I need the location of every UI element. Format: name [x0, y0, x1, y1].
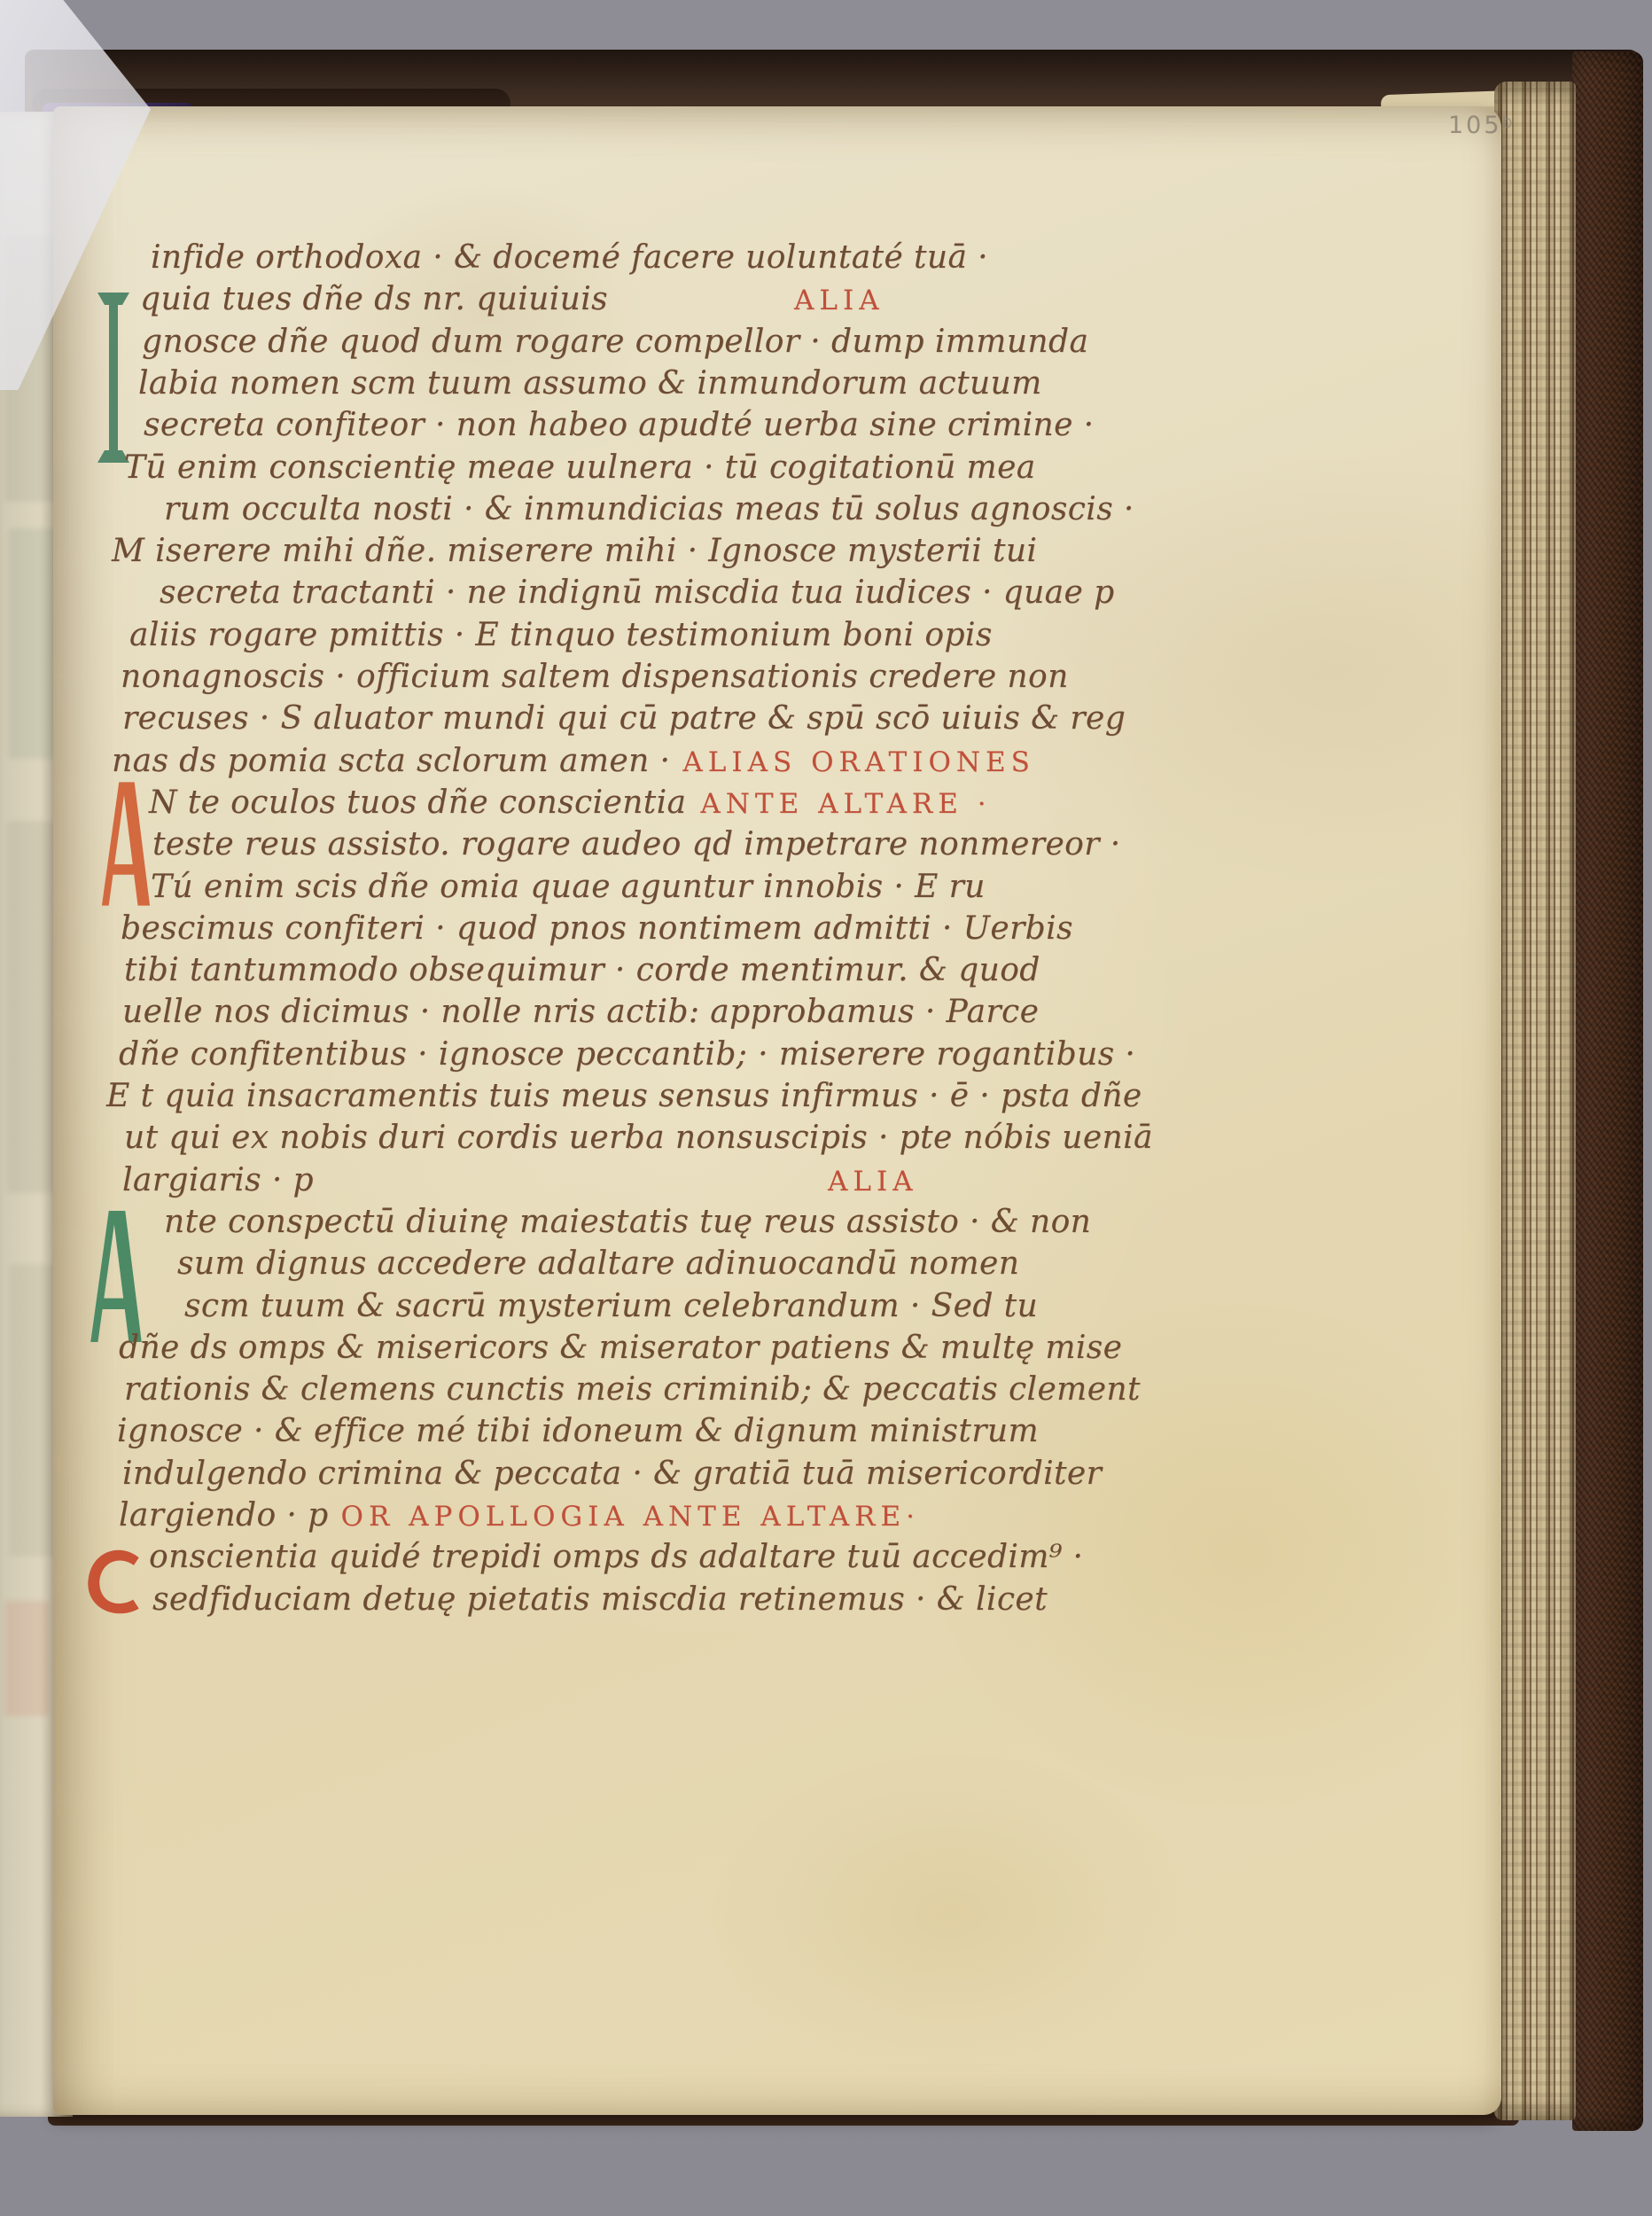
rubric-text: OR APOLLOGIA ANTE ALTARE· [341, 1501, 920, 1533]
body-text: nas ds pomia scta sclorum amen · [112, 743, 670, 779]
body-text: dñe confitentibus · ignosce peccantib; ·… [119, 1036, 1135, 1073]
body-text: sum dignus accedere adaltare adinuocandū… [177, 1245, 1019, 1282]
manuscript-photo: { "page": { "folio_number": "105", "foli… [0, 0, 1652, 2216]
body-text: ignosce · & effice mé tibi idoneum & dig… [117, 1413, 1039, 1449]
rubric-text: ALIAS ORATIONES [682, 746, 1034, 778]
body-text: infide orthodoxa · & docemé facere uolun… [151, 239, 988, 276]
body-text: gnosce dñe quod dum rogare compellor · d… [142, 324, 1088, 360]
rubric-text: ALIA [828, 1166, 918, 1198]
body-text: M iserere mihi dñe. miserere mihi · Igno… [112, 533, 1037, 569]
manuscript-line: scm tuum & sacrū mysterium celebrandum ·… [184, 1286, 1038, 1327]
body-text: rum occulta nosti · & inmundicias meas t… [164, 491, 1134, 527]
manuscript-line: labia nomen scm tuum assumo & inmundorum… [138, 363, 1042, 404]
body-text: sedfiduciam detuę pietatis miscdia retin… [152, 1581, 1048, 1618]
body-text: indulgendo crimina & peccata · & gratiā … [122, 1455, 1102, 1492]
manuscript-line: uelle nos dicimus · nolle nris actib: ap… [122, 992, 1039, 1033]
body-text: secreta confiteor · non habeo apudté uer… [144, 407, 1095, 443]
manuscript-line: nas ds pomia scta sclorum amen ·ALIAS OR… [112, 741, 1035, 783]
text-block: infide orthodoxa · & docemé facere uolun… [0, 0, 1652, 2216]
body-text: N te oculos tuos dñe conscientia [149, 784, 686, 821]
manuscript-line: gnosce dñe quod dum rogare compellor · d… [142, 322, 1088, 363]
body-text: scm tuum & sacrū mysterium celebrandum ·… [184, 1288, 1038, 1324]
body-text: labia nomen scm tuum assumo & inmundorum… [138, 365, 1042, 402]
body-text: rationis & clemens cunctis meis criminib… [124, 1371, 1141, 1408]
body-text: E t quia insacramentis tuis meus sensus … [106, 1078, 1142, 1114]
manuscript-line: ignosce · & effice mé tibi idoneum & dig… [117, 1411, 1039, 1452]
body-text: Tú enim scis dñe omia quae aguntur innob… [151, 869, 986, 905]
body-text: Tū enim conscientię meae uulnera · tū co… [124, 449, 1036, 486]
manuscript-line: Tú enim scis dñe omia quae aguntur innob… [151, 867, 986, 908]
manuscript-line: largiendo · pOR APOLLOGIA ANTE ALTARE· [119, 1495, 920, 1537]
manuscript-line: M iserere mihi dñe. miserere mihi · Igno… [112, 531, 1037, 572]
body-text: bescimus confiteri · quod pnos nontimem … [121, 910, 1073, 947]
manuscript-line: quia tues dñe ds nr. quiuiuisALIA [140, 279, 884, 321]
body-text: onscientia quidé trepidi omps ds adaltar… [149, 1539, 1083, 1575]
rubric-text: ALIA [794, 285, 884, 316]
body-text: secreta tractanti · ne indignū miscdia t… [160, 574, 1115, 611]
manuscript-line: infide orthodoxa · & docemé facere uolun… [151, 238, 988, 278]
manuscript-line: largiaris · pALIA [122, 1160, 918, 1202]
body-text: nte conspectū diuinę maiestatis tuę reus… [164, 1204, 1091, 1240]
manuscript-line: secreta tractanti · ne indignū miscdia t… [160, 573, 1115, 613]
rubric-text: ANTE ALTARE · [700, 788, 991, 820]
body-text: tibi tantummodo obsequimur · corde menti… [124, 952, 1040, 988]
body-text: aliis rogare pmittis · E tinquo testimon… [129, 617, 993, 653]
manuscript-line: dñe confitentibus · ignosce peccantib; ·… [119, 1034, 1135, 1075]
manuscript-line: E t quia insacramentis tuis meus sensus … [106, 1076, 1142, 1117]
manuscript-line: recuses · S aluator mundi qui cū patre &… [122, 698, 1126, 739]
manuscript-line: aliis rogare pmittis · E tinquo testimon… [129, 615, 993, 656]
manuscript-line: sedfiduciam detuę pietatis miscdia retin… [152, 1580, 1048, 1620]
body-text: ut qui ex nobis duri cordis uerba nonsus… [124, 1120, 1153, 1156]
manuscript-line: Tū enim conscientię meae uulnera · tū co… [124, 448, 1036, 488]
manuscript-line: nonagnoscis · officium saltem dispensati… [121, 657, 1069, 698]
manuscript-line: rum occulta nosti · & inmundicias meas t… [164, 489, 1134, 530]
manuscript-line: ut qui ex nobis duri cordis uerba nonsus… [124, 1118, 1153, 1159]
manuscript-line: dñe ds omps & misericors & miserator pat… [119, 1328, 1122, 1369]
body-text: dñe ds omps & misericors & miserator pat… [119, 1330, 1122, 1366]
body-text: uelle nos dicimus · nolle nris actib: ap… [122, 994, 1039, 1030]
manuscript-line: rationis & clemens cunctis meis criminib… [124, 1369, 1141, 1410]
manuscript-line: onscientia quidé trepidi omps ds adaltar… [149, 1537, 1083, 1578]
manuscript-line: bescimus confiteri · quod pnos nontimem … [121, 909, 1073, 949]
manuscript-line: sum dignus accedere adaltare adinuocandū… [177, 1244, 1019, 1284]
manuscript-line: tibi tantummodo obsequimur · corde menti… [124, 950, 1040, 991]
manuscript-line: indulgendo crimina & peccata · & gratiā … [122, 1454, 1102, 1494]
body-text: teste reus assisto. rogare audeo qd impe… [152, 826, 1121, 862]
body-text: recuses · S aluator mundi qui cū patre &… [122, 700, 1126, 737]
manuscript-line: secreta confiteor · non habeo apudté uer… [144, 405, 1095, 446]
manuscript-line: N te oculos tuos dñe conscientiaANTE ALT… [149, 783, 992, 824]
body-text: largiaris · p [122, 1162, 314, 1198]
body-text: quia tues dñe ds nr. quiuiuis [140, 281, 608, 317]
body-text: nonagnoscis · officium saltem dispensati… [121, 659, 1069, 695]
body-text: largiendo · p [119, 1497, 329, 1533]
manuscript-line: nte conspectū diuinę maiestatis tuę reus… [164, 1202, 1091, 1243]
manuscript-line: teste reus assisto. rogare audeo qd impe… [152, 824, 1121, 865]
